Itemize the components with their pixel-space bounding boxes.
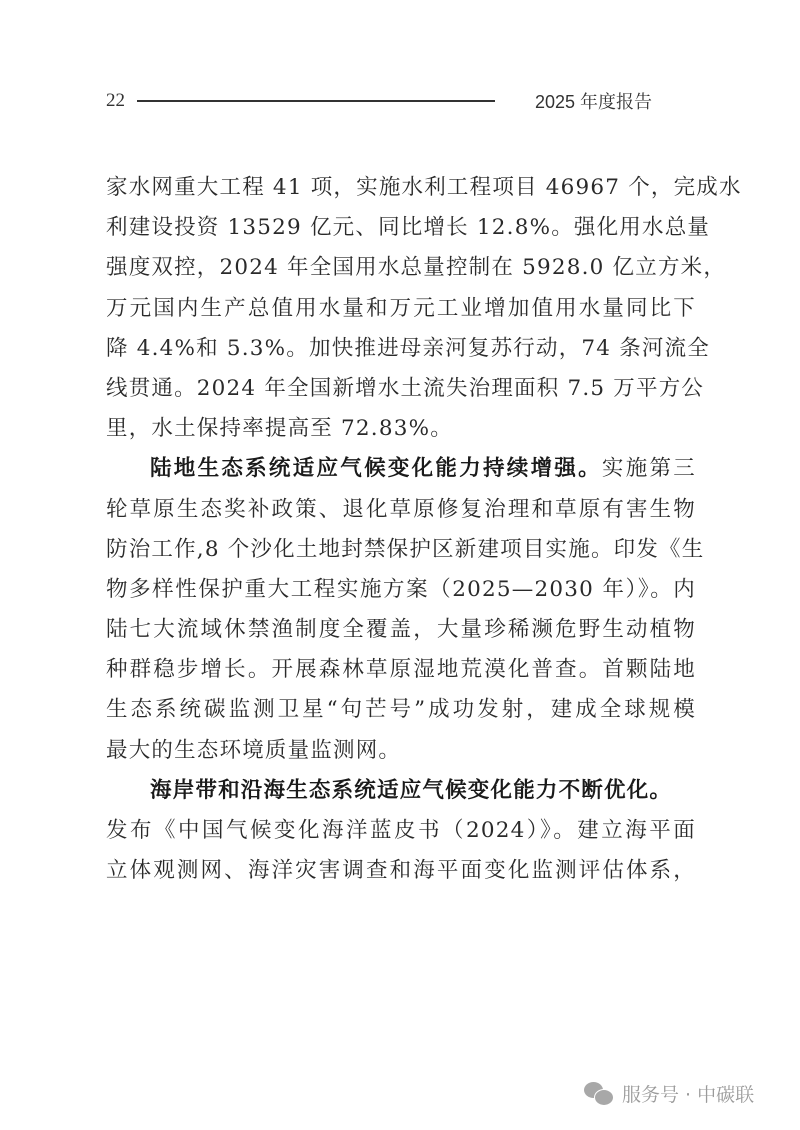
body-text: 家水网重大工程 41 项，实施水利工程项目 46967 个，完成水 利建设投资 … (106, 168, 696, 891)
watermark: 服务号 · 中碳联 (584, 1080, 754, 1107)
section-heading: 陆地生态系统适应气候变化能力持续增强。 (150, 456, 602, 481)
paragraph-land-ecosystem: 陆地生态系统适应气候变化能力持续增强。实施第三 轮草原生态奖补政策、退化草原修复… (106, 449, 696, 771)
page-number: 22 (106, 90, 125, 112)
wechat-icon (584, 1082, 614, 1106)
text-line: 海岸带和沿海生态系统适应气候变化能力不断优化。 (106, 771, 696, 811)
text-line: 里，水土保持率提高至 72.83%。 (106, 409, 696, 449)
text-line: 立体观测网、海洋灾害调查和海平面变化监测评估体系， (106, 851, 696, 891)
text-line: 家水网重大工程 41 项，实施水利工程项目 46967 个，完成水 (106, 168, 696, 208)
text-line: 利建设投资 13529 亿元、同比增长 12.8%。强化用水总量 (106, 208, 696, 248)
text-line: 万元国内生产总值用水量和万元工业增加值用水量同比下 (106, 289, 696, 329)
text-line: 强度双控，2024 年全国用水总量控制在 5928.0 亿立方米， (106, 248, 696, 288)
text-line: 陆地生态系统适应气候变化能力持续增强。实施第三 (106, 449, 696, 489)
text-line: 最大的生态环境质量监测网。 (106, 731, 696, 771)
text-line: 种群稳步增长。开展森林草原湿地荒漠化普查。首颗陆地 (106, 650, 696, 690)
report-title: 2025 年度报告 (535, 88, 652, 114)
paragraph-coastal-ecosystem: 海岸带和沿海生态系统适应气候变化能力不断优化。 发布《中国气候变化海洋蓝皮书（2… (106, 771, 696, 892)
paragraph-water: 家水网重大工程 41 项，实施水利工程项目 46967 个，完成水 利建设投资 … (106, 168, 696, 449)
section-heading: 海岸带和沿海生态系统适应气候变化能力不断优化。 (150, 778, 672, 803)
text-line: 发布《中国气候变化海洋蓝皮书（2024）》。建立海平面 (106, 811, 696, 851)
text-line: 降 4.4%和 5.3%。加快推进母亲河复苏行动，74 条河流全 (106, 329, 696, 369)
page-header: 22 2025 年度报告 (106, 86, 694, 116)
text-line: 生态系统碳监测卫星“句芒号”成功发射，建成全球规模 (106, 690, 696, 730)
header-rule (137, 100, 495, 102)
text-line: 防治工作,8 个沙化土地封禁保护区新建项目实施。印发《生 (106, 530, 696, 570)
text-line: 物多样性保护重大工程实施方案（2025—2030 年）》。内 (106, 570, 696, 610)
text-line: 线贯通。2024 年全国新增水土流失治理面积 7.5 万平方公 (106, 369, 696, 409)
watermark-text: 服务号 · 中碳联 (622, 1080, 754, 1107)
text-line: 陆七大流域休禁渔制度全覆盖，大量珍稀濒危野生动植物 (106, 610, 696, 650)
heading-followup-text: 实施第三 (602, 456, 696, 481)
text-line: 轮草原生态奖补政策、退化草原修复治理和草原有害生物 (106, 490, 696, 530)
